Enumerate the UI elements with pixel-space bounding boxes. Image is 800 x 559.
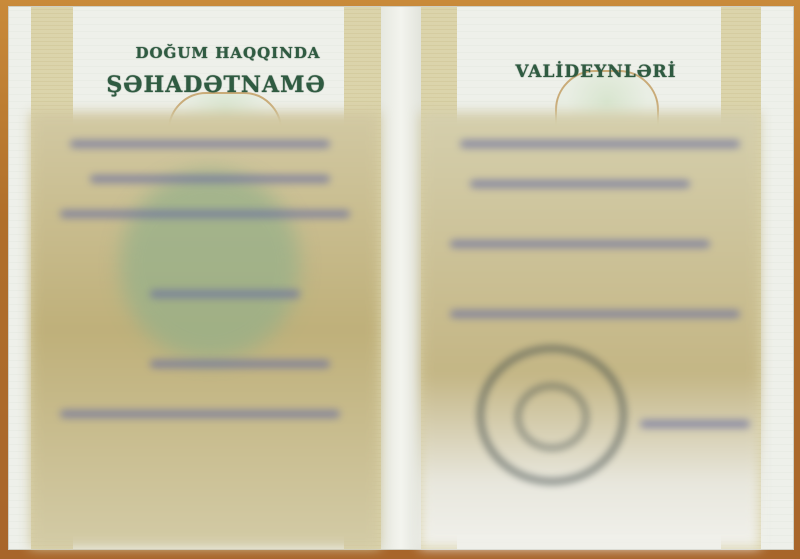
parents-heading: VALİDEYNLƏRİ bbox=[486, 62, 706, 82]
book-spine bbox=[381, 7, 421, 549]
redacted-handwriting bbox=[150, 360, 330, 368]
redacted-handwriting bbox=[450, 240, 710, 248]
redacted-handwriting bbox=[90, 175, 330, 183]
heading-line-1: DOĞUM HAQQINDA bbox=[108, 44, 348, 62]
stamp-center-emblem-icon bbox=[516, 384, 588, 450]
redacted-handwriting bbox=[60, 410, 340, 418]
heading-line-2: ŞƏHADƏTNAMƏ bbox=[96, 72, 336, 98]
redacted-right-content bbox=[420, 112, 760, 548]
redacted-handwriting bbox=[460, 140, 740, 148]
redacted-signature bbox=[640, 420, 750, 428]
redacted-handwriting bbox=[70, 140, 330, 148]
redacted-handwriting bbox=[450, 310, 740, 318]
redacted-handwriting bbox=[470, 180, 690, 188]
green-watermark-emblem bbox=[120, 170, 300, 360]
redacted-handwriting bbox=[150, 290, 300, 298]
redacted-handwriting bbox=[60, 210, 350, 218]
